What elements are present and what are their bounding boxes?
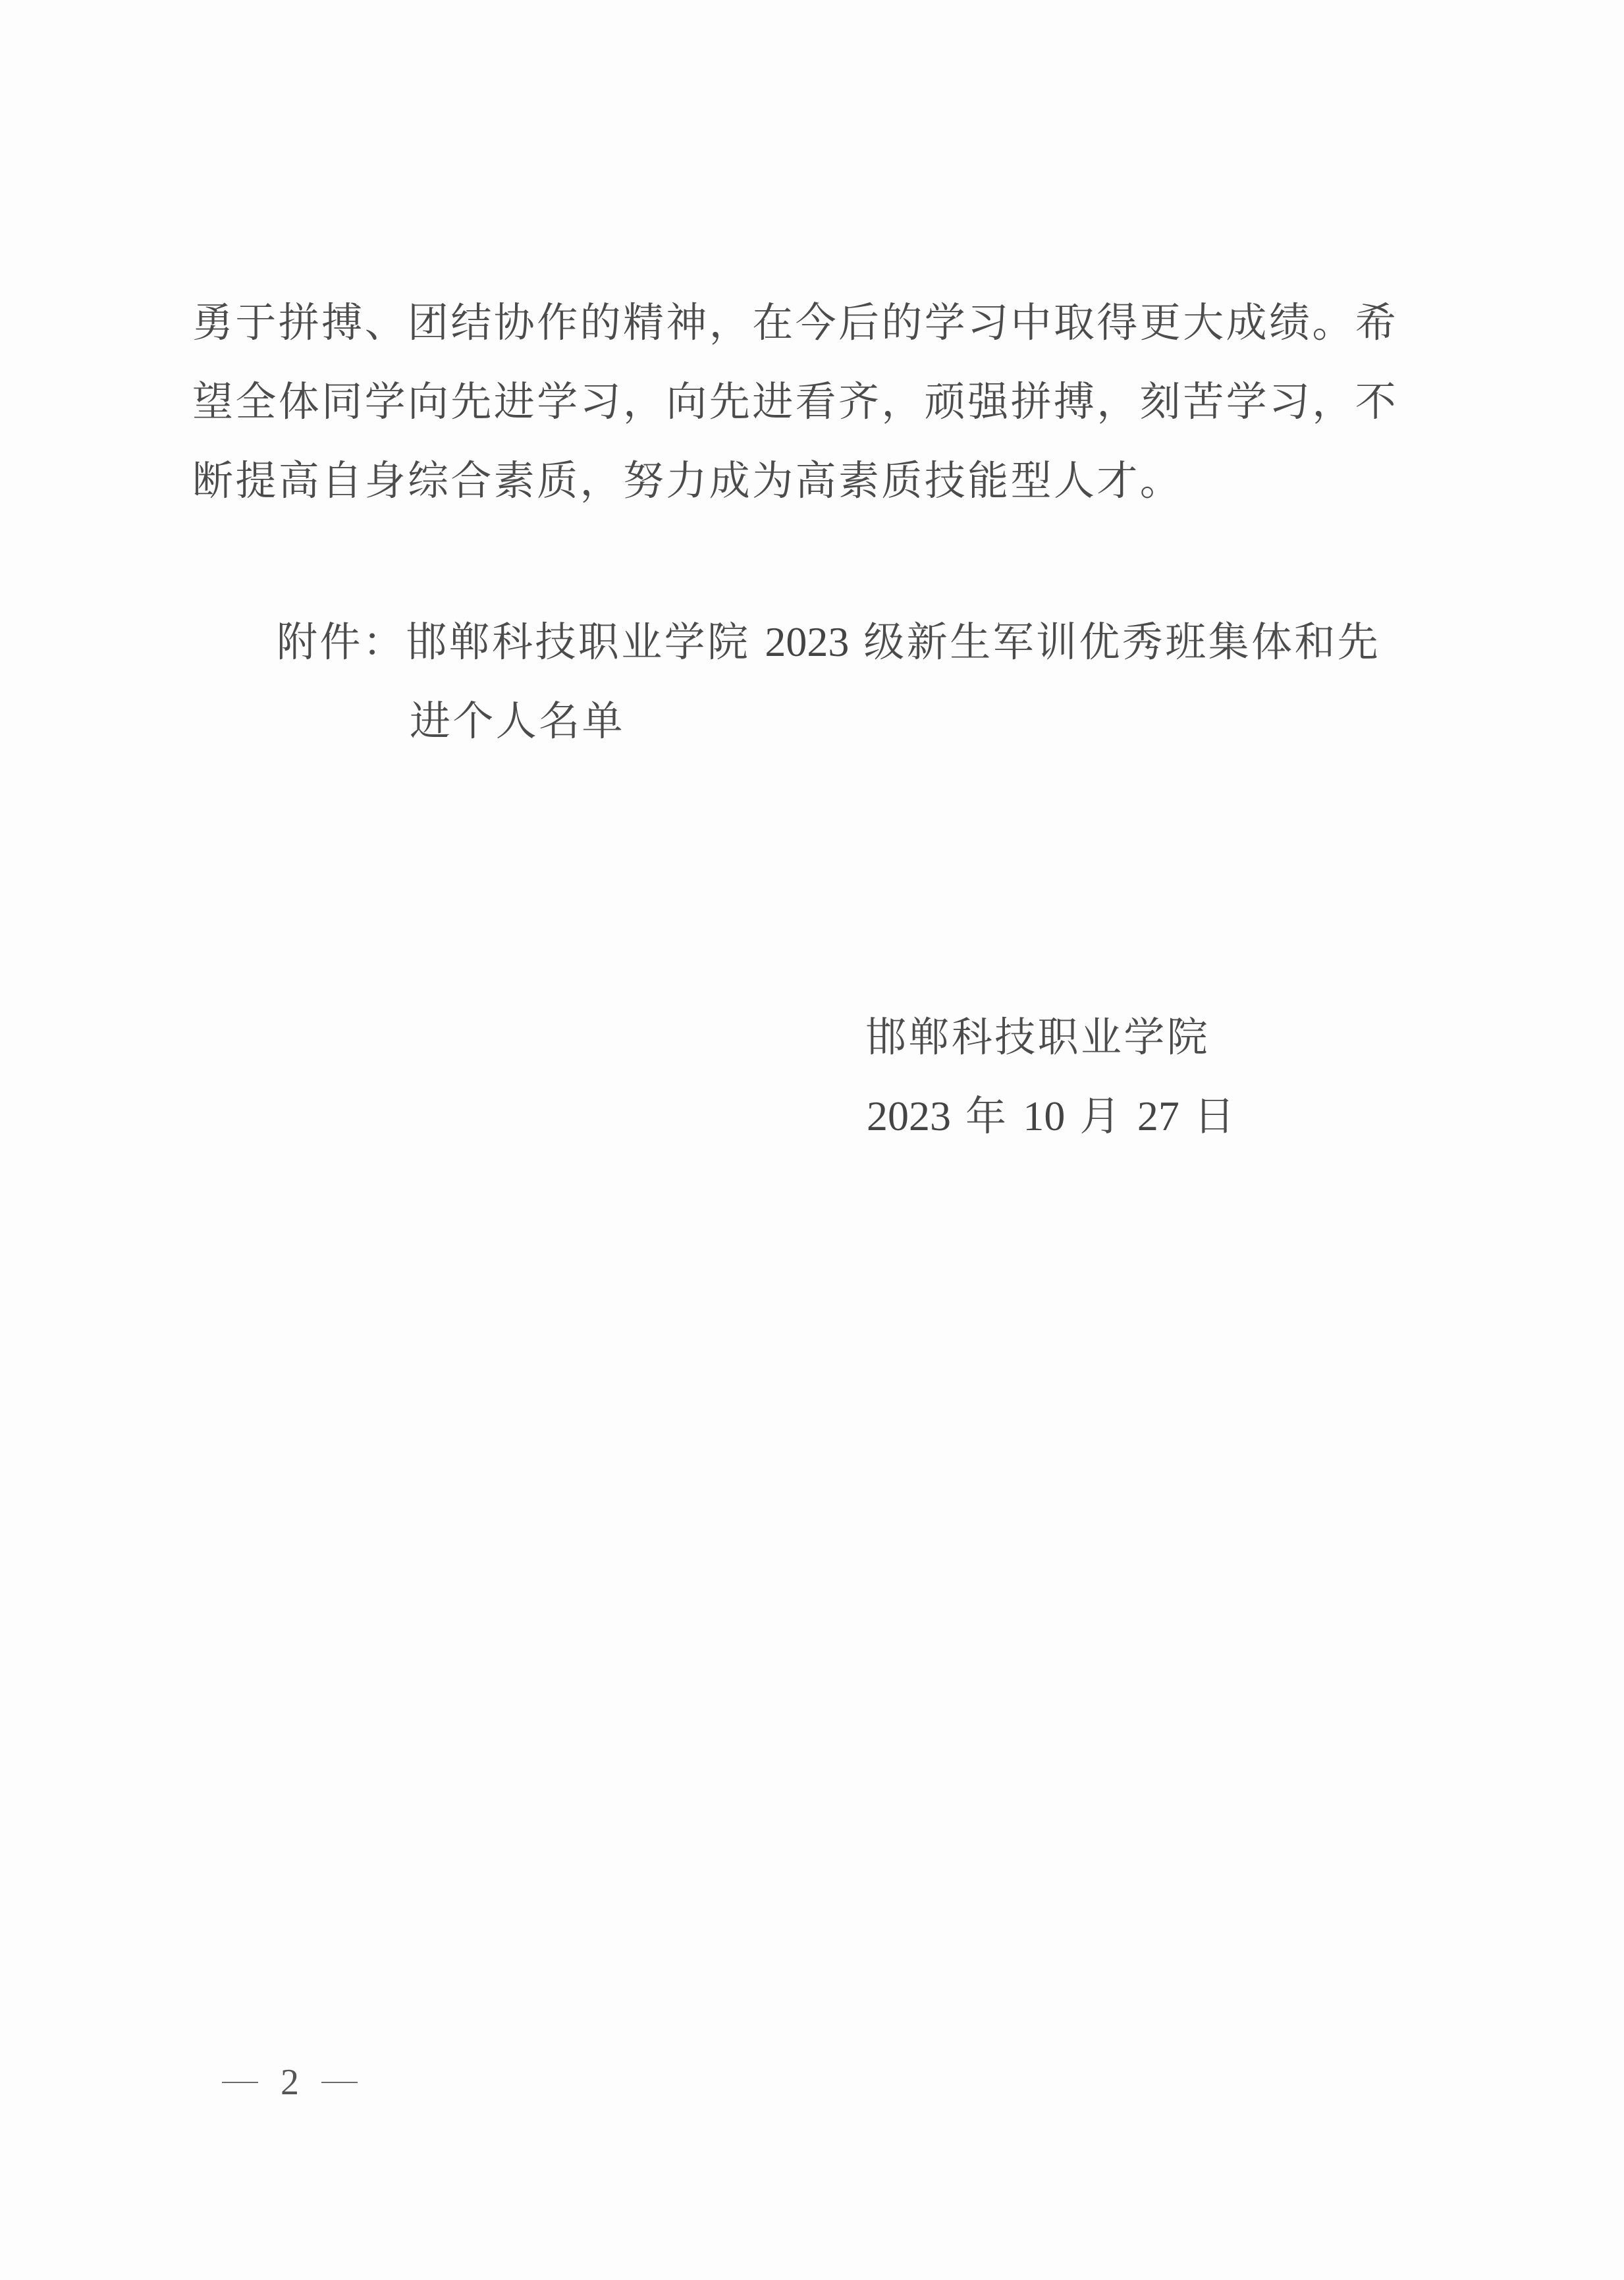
body-paragraph-line-2: 望全体同学向先进学习，向先进看齐，顽强拼搏，刻苦学习，不 bbox=[192, 362, 1398, 441]
attachment-title-year: 2023 bbox=[765, 618, 849, 665]
attachment-line-1: 附件：邯郸科技职业学院2023级新生军训优秀班集体和先 bbox=[277, 603, 1380, 682]
footer-dash-left bbox=[222, 2082, 258, 2083]
footer-dash-right bbox=[321, 2082, 358, 2083]
signature-organization: 邯郸科技职业学院 bbox=[865, 998, 1210, 1077]
attachment-label: 附件： bbox=[277, 618, 406, 666]
attachment-title-rest: 级新生军训优秀班集体和先 bbox=[863, 618, 1380, 666]
document-page: 勇于拼搏、团结协作的精神，在今后的学习中取得更大成绩。希 望全体同学向先进学习，… bbox=[0, 0, 1624, 2280]
date-year-unit: 年 bbox=[965, 1092, 1008, 1140]
page-footer: 2 bbox=[222, 2061, 358, 2104]
page-number: 2 bbox=[281, 2061, 299, 2104]
attachment-title-institution: 邯郸科技职业学院 bbox=[406, 618, 750, 666]
attachment-line-2: 进个人名单 bbox=[410, 682, 625, 761]
date-month-unit: 月 bbox=[1079, 1092, 1122, 1140]
date-day: 27 bbox=[1137, 1093, 1179, 1139]
body-paragraph-line-1: 勇于拼搏、团结协作的精神，在今后的学习中取得更大成绩。希 bbox=[192, 283, 1398, 362]
body-paragraph-line-3: 断提高自身综合素质，努力成为高素质技能型人才。 bbox=[192, 441, 1183, 520]
date-year: 2023 bbox=[867, 1093, 951, 1139]
signature-date: 2023年10月27日 bbox=[867, 1077, 1237, 1156]
date-month: 10 bbox=[1023, 1093, 1065, 1139]
date-day-unit: 日 bbox=[1194, 1092, 1237, 1140]
